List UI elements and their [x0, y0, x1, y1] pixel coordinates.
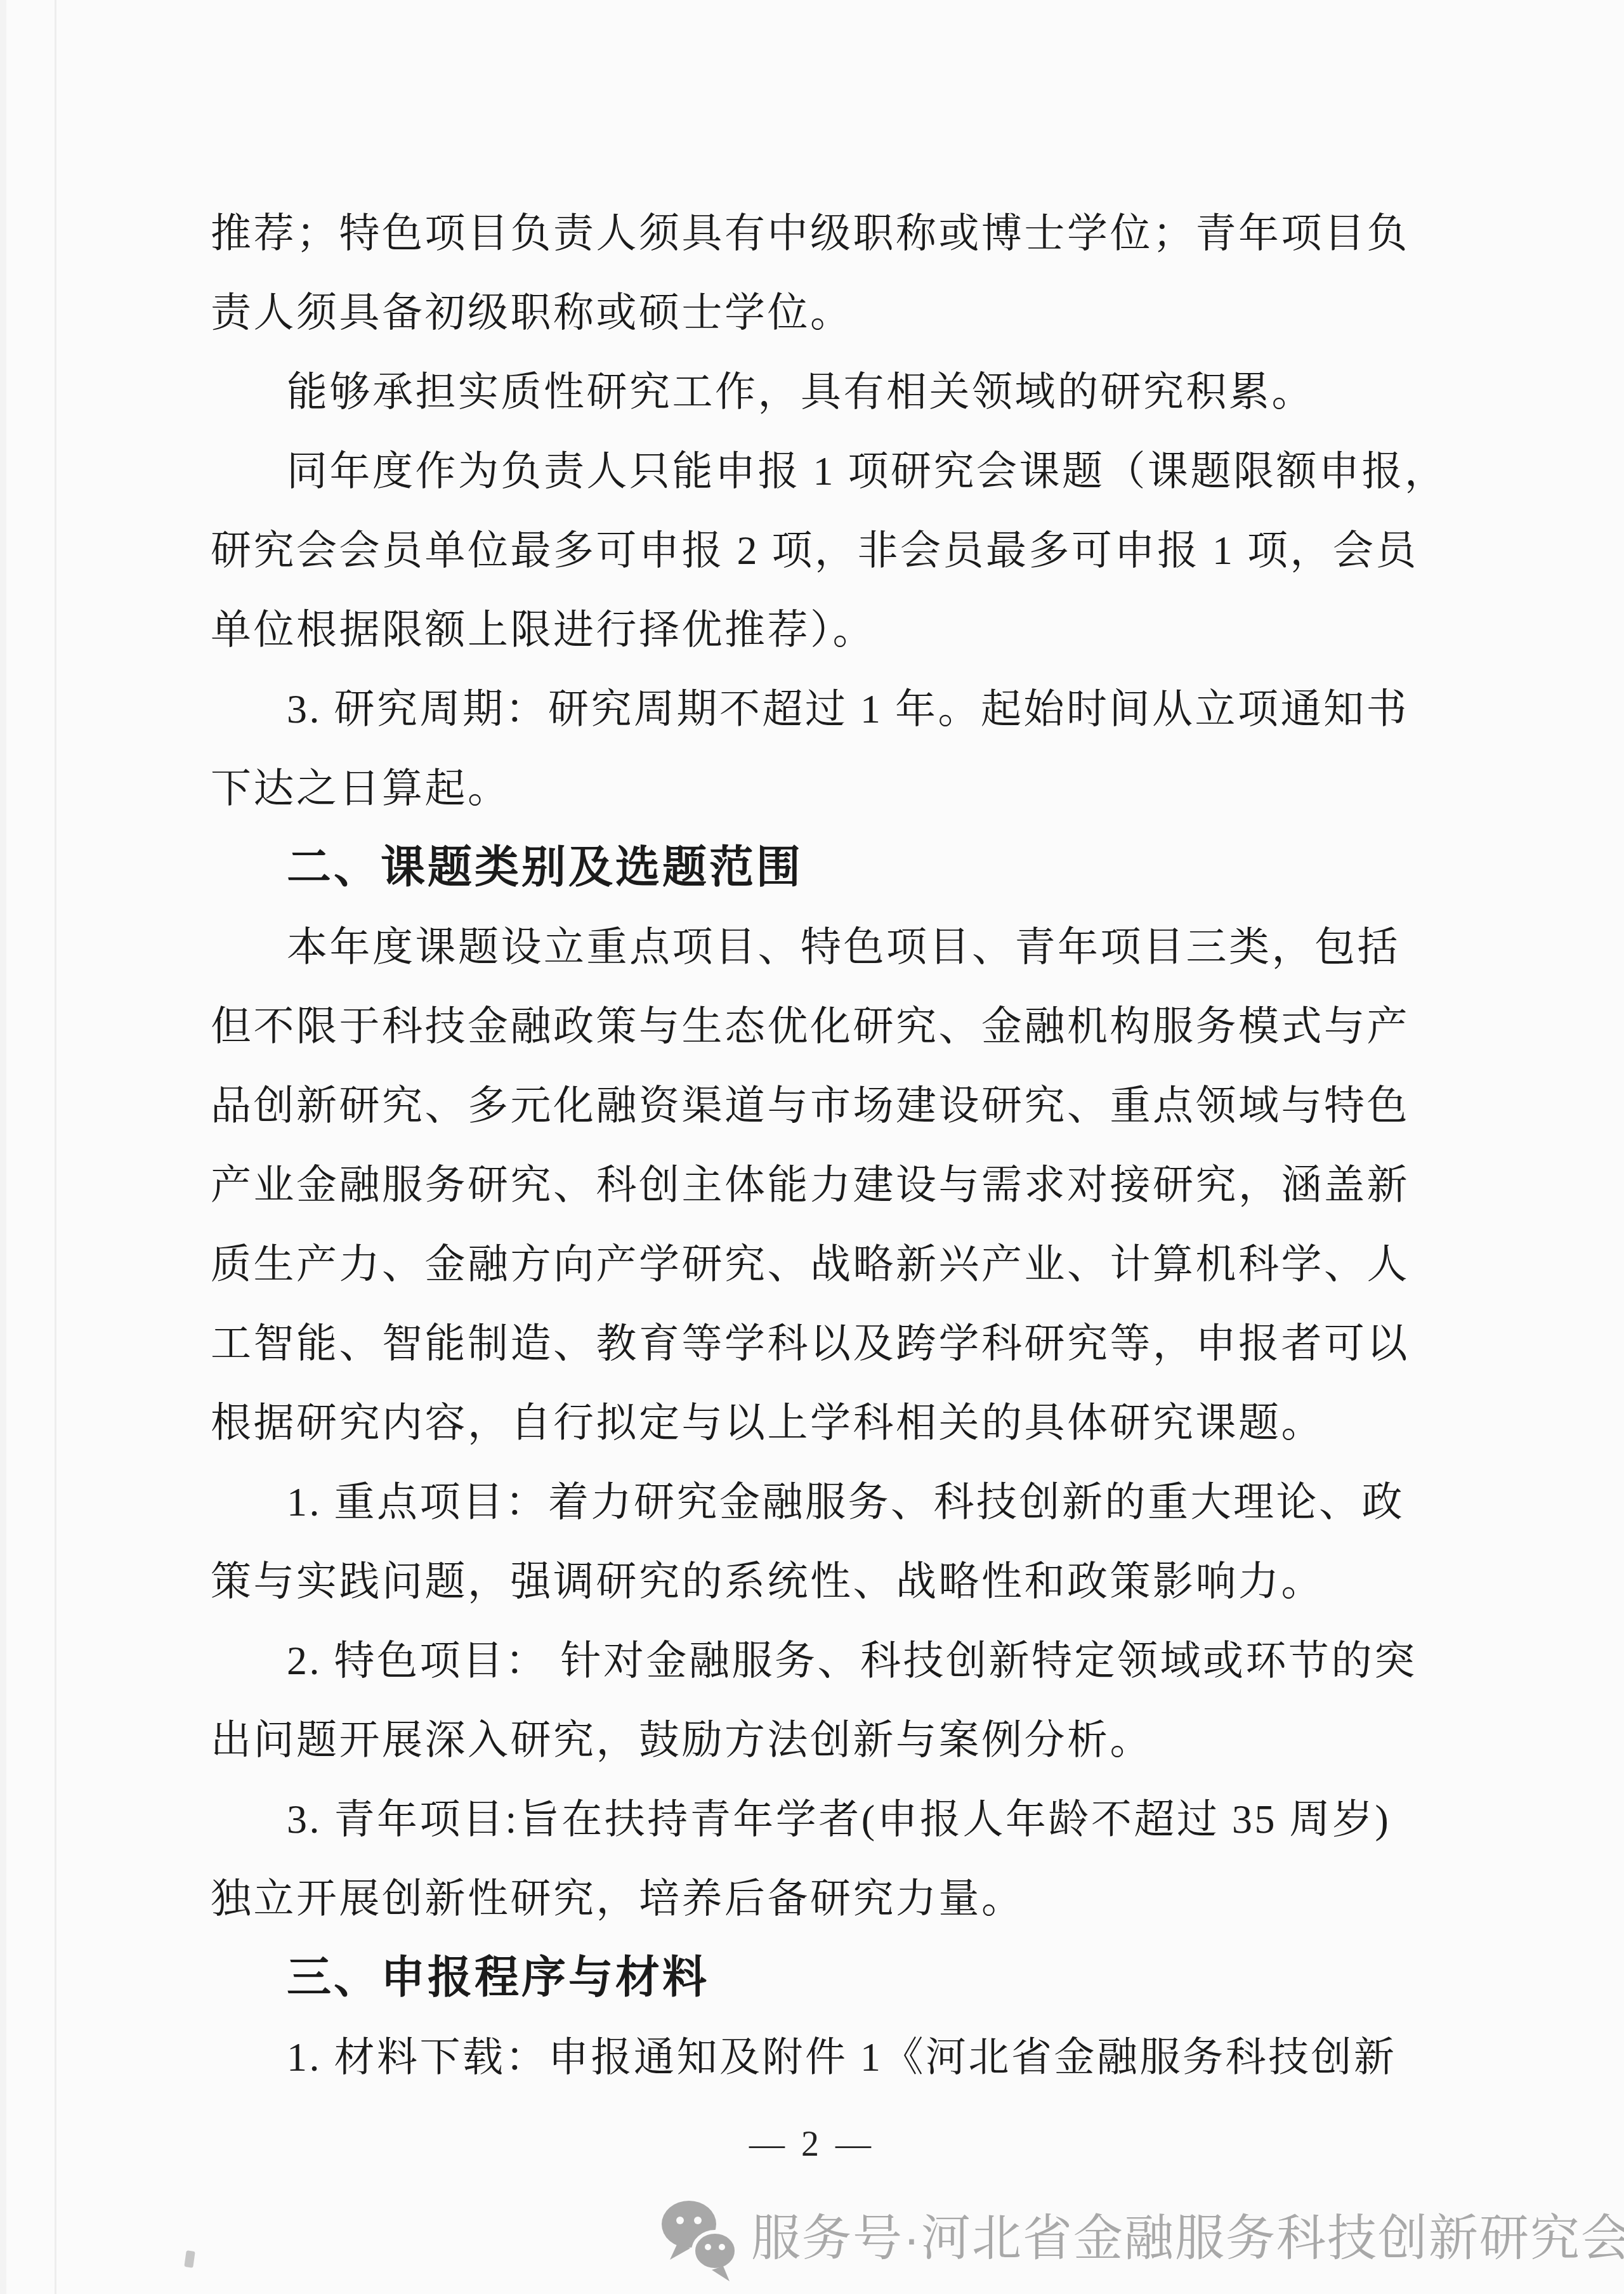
text-line: 出问题开展深入研究，鼓励方法创新与案例分析。: [211, 1700, 1422, 1779]
text-line: 2. 特色项目： 针对金融服务、科技创新特定领域或环节的突: [211, 1621, 1422, 1700]
text-line: 单位根据限额上限进行择优推荐）。: [211, 590, 1422, 669]
text-line: 工智能、智能制造、教育等学科以及跨学科研究等，申报者可以: [211, 1304, 1422, 1383]
text-line: 品创新研究、多元化融资渠道与市场建设研究、重点领域与特色: [211, 1066, 1422, 1145]
text-line: 1. 材料下载：申报通知及附件 1《河北省金融服务科技创新: [211, 2017, 1422, 2097]
text-line: 根据研究内容，自行拟定与以上学科相关的具体研究课题。: [211, 1383, 1422, 1462]
section-heading: 二、课题类别及选题范围: [211, 828, 1422, 907]
watermark-footer: 服务号·河北省金融服务科技创新研究会: [661, 2194, 1624, 2283]
text-line: 独立开展创新性研究，培养后备研究力量。: [211, 1859, 1422, 1938]
text-line: 但不限于科技金融政策与生态优化研究、金融机构服务模式与产: [211, 986, 1422, 1066]
scan-edge-line: [55, 0, 56, 2294]
text-line: 1. 重点项目：着力研究金融服务、科技创新的重大理论、政: [211, 1462, 1422, 1542]
document-page: 推荐；特色项目负责人须具有中级职称或博士学位；青年项目负责人须具备初级职称或硕士…: [0, 0, 1624, 2294]
watermark-text: 服务号·河北省金融服务科技创新研究会: [751, 2194, 1624, 2283]
text-line: 责人须具备初级职称或硕士学位。: [211, 273, 1422, 352]
text-line: 本年度课题设立重点项目、特色项目、青年项目三类，包括: [211, 907, 1422, 986]
text-line: 研究会会员单位最多可申报 2 项，非会员最多可申报 1 项，会员: [211, 511, 1422, 590]
scan-speck: [184, 2250, 195, 2268]
text-line: 3. 青年项目:旨在扶持青年学者(申报人年龄不超过 35 周岁): [211, 1779, 1422, 1859]
text-line: 下达之日算起。: [211, 749, 1422, 828]
section-heading: 三、申报程序与材料: [211, 1938, 1422, 2017]
scan-edge-strip: [0, 0, 6, 2294]
wechat-icon: [661, 2194, 738, 2283]
text-line: 3. 研究周期：研究周期不超过 1 年。起始时间从立项通知书: [211, 669, 1422, 749]
text-line: 同年度作为负责人只能申报 1 项研究会课题（课题限额申报，: [211, 431, 1422, 511]
document-body: 推荐；特色项目负责人须具有中级职称或博士学位；青年项目负责人须具备初级职称或硕士…: [211, 193, 1422, 2097]
text-line: 策与实践问题，强调研究的系统性、战略性和政策影响力。: [211, 1542, 1422, 1621]
text-line: 能够承担实质性研究工作，具有相关领域的研究积累。: [211, 352, 1422, 431]
page-number: — 2 —: [0, 2124, 1624, 2165]
text-line: 推荐；特色项目负责人须具有中级职称或博士学位；青年项目负: [211, 193, 1422, 273]
text-line: 产业金融服务研究、科创主体能力建设与需求对接研究，涵盖新: [211, 1145, 1422, 1224]
text-line: 质生产力、金融方向产学研究、战略新兴产业、计算机科学、人: [211, 1224, 1422, 1304]
